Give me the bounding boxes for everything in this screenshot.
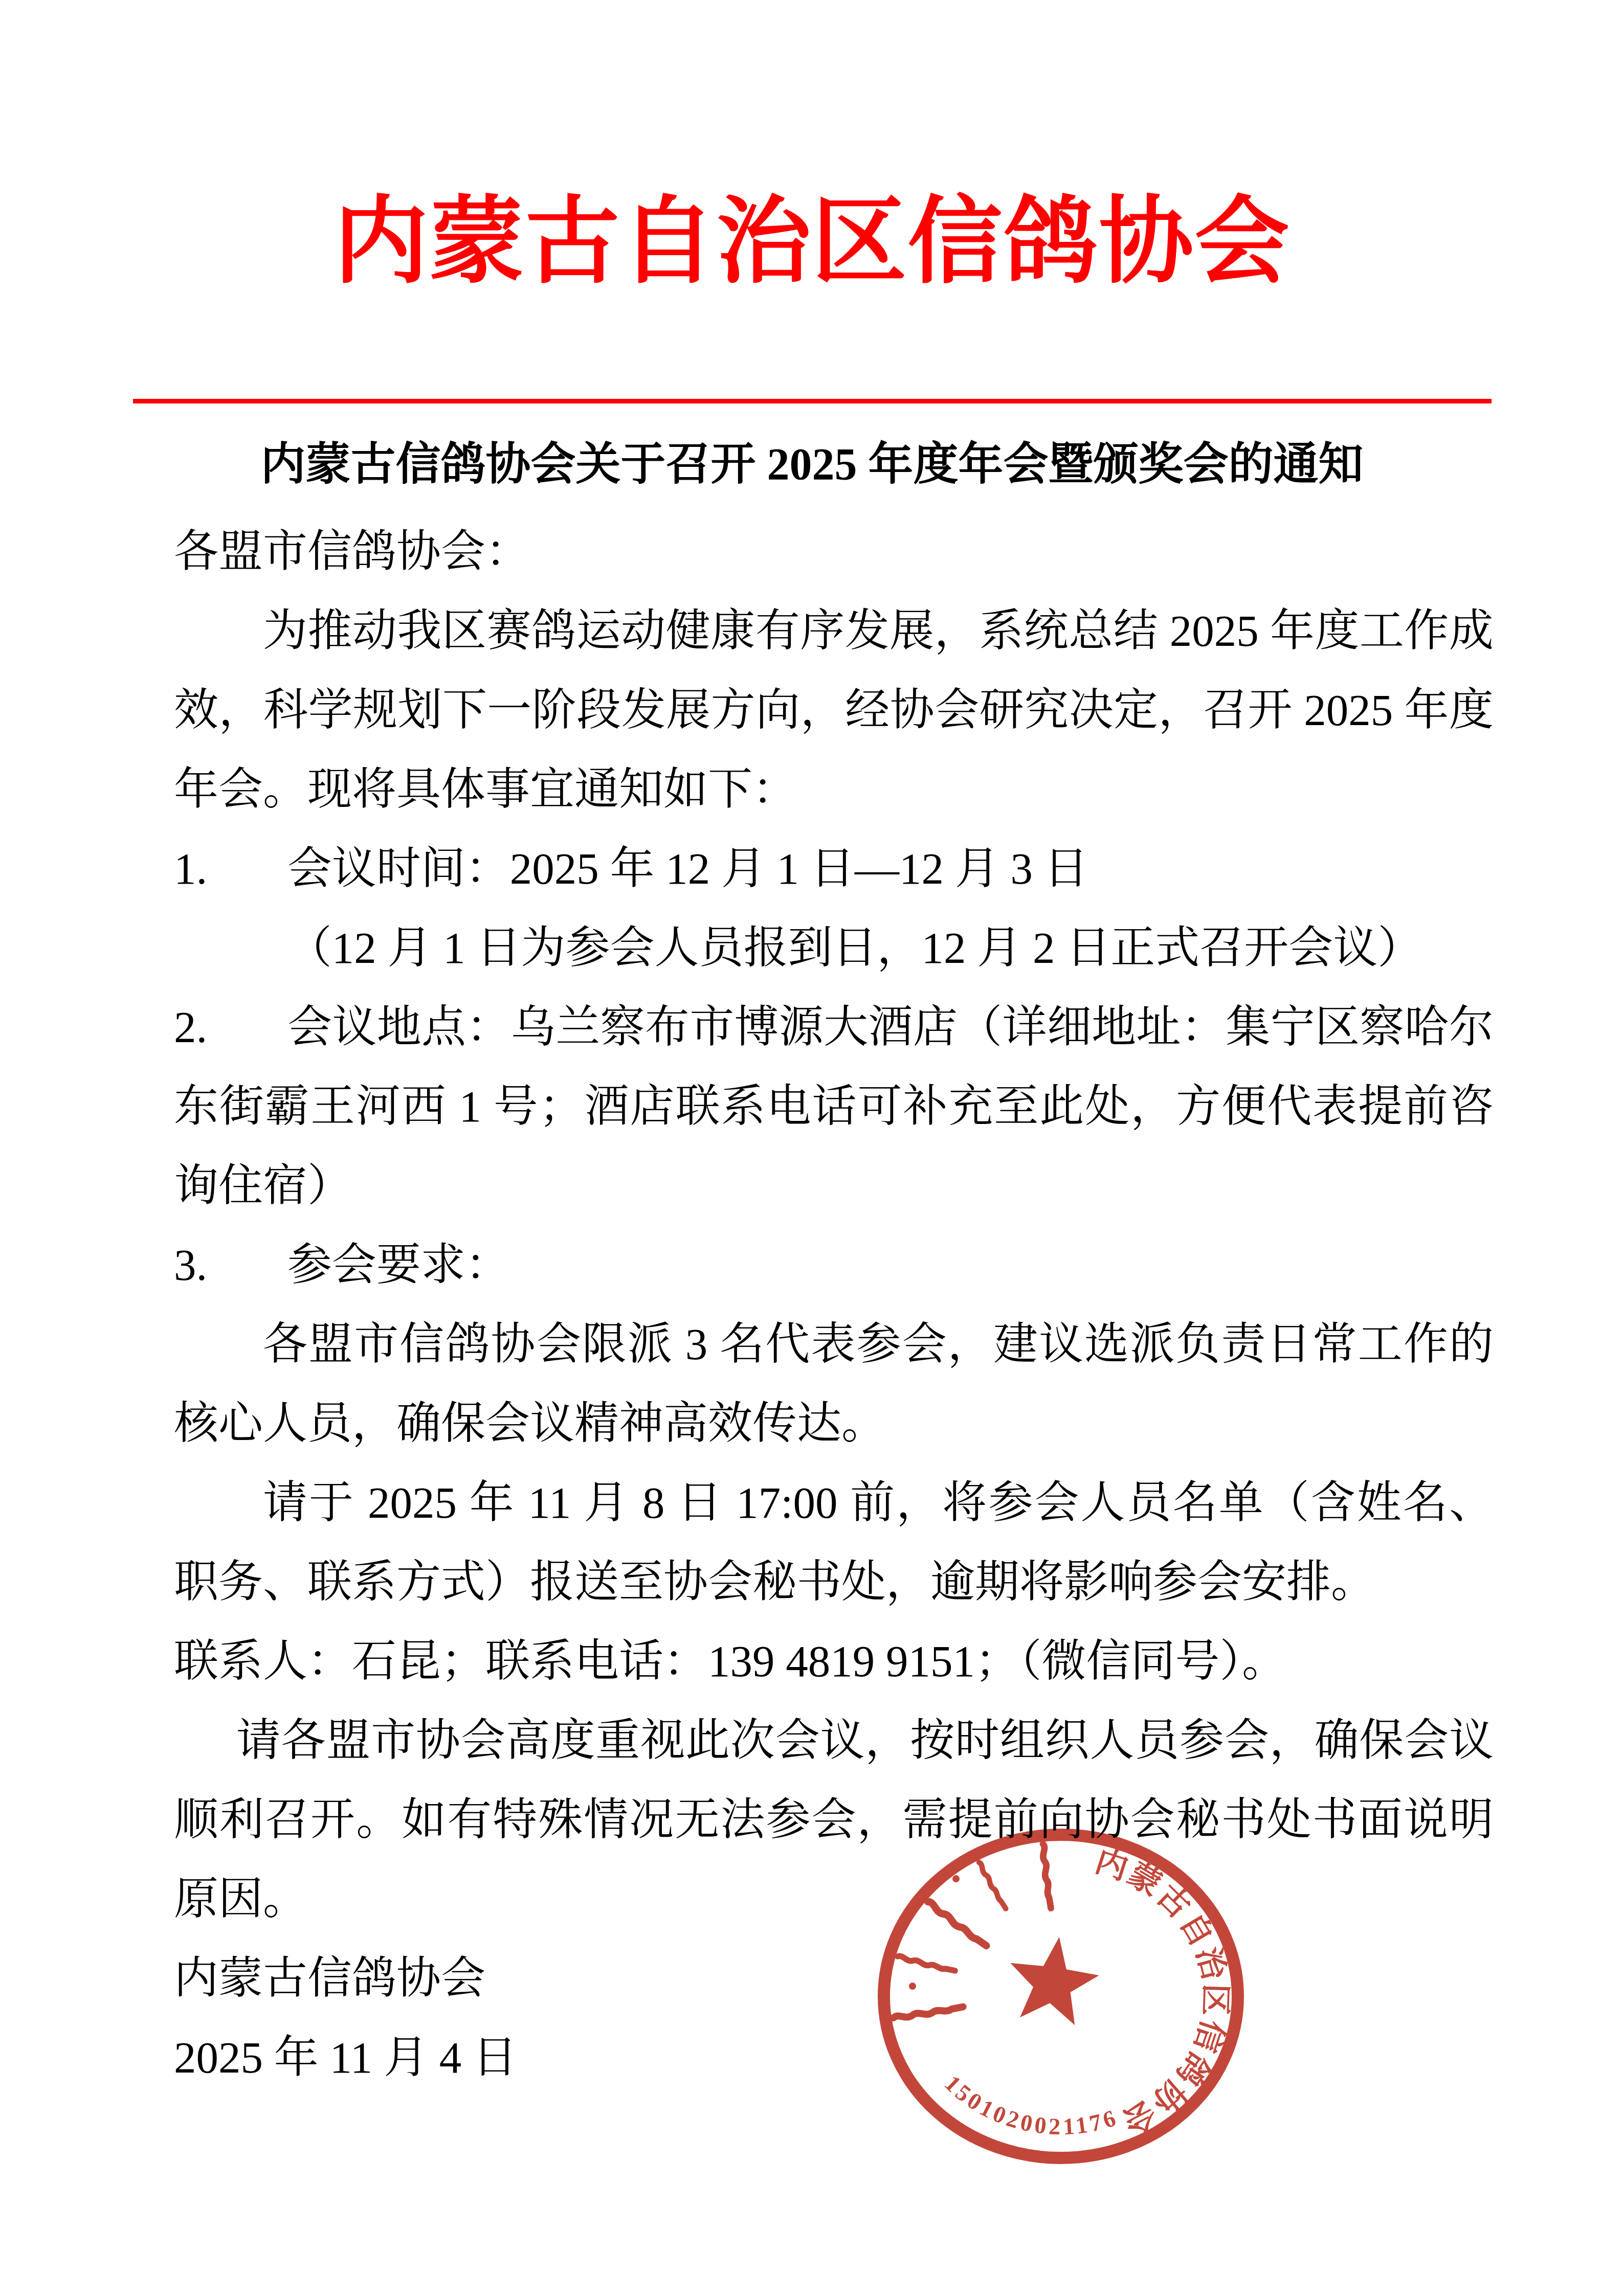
letterhead-rule: [133, 399, 1492, 403]
salutation-text: 各盟市信鸽协会：: [174, 527, 530, 576]
notice-body: 各盟市信鸽协会： 为推动我区赛鸽运动健康有序发展，系统总结 2025 年度工作成…: [174, 512, 1494, 2097]
intro-text: 为推动我区赛鸽运动健康有序发展，系统总结 2025 年度工作成效，科学规划下一阶…: [174, 606, 1494, 814]
item-number: 1.: [174, 829, 276, 908]
signature-date-text: 2025 年 11 月 4 日: [174, 2033, 517, 2082]
contact-paragraph: 联系人：石昆；联系电话：139 4819 9151；（微信同号）。: [174, 1622, 1494, 1701]
item-text: 参会要求：: [287, 1240, 510, 1290]
attendee-rule-text: 各盟市信鸽协会限派 3 名代表参会，建议选派负责日常工作的核心人员，确保会议精神…: [174, 1319, 1494, 1448]
closing-paragraph: 请各盟市协会高度重视此次会议，按时组织人员参会，确保会议顺利召开。如有特殊情况无…: [174, 1701, 1494, 1939]
list-item-note: （12 月 1 日为参会人员报到日，12 月 2 日正式召开会议）: [174, 908, 1494, 987]
contact-text: 联系人：石昆；联系电话：139 4819 9151；（微信同号）。: [174, 1636, 1286, 1686]
list-item: 3. 参会要求：: [174, 1225, 1494, 1304]
salutation-line: 各盟市信鸽协会：: [174, 512, 1494, 591]
closing-text: 请各盟市协会高度重视此次会议，按时组织人员参会，确保会议顺利召开。如有特殊情况无…: [174, 1716, 1494, 1924]
item-text: 会议时间：2025 年 12 月 1 日—12 月 3 日: [287, 844, 1088, 893]
signature-org-text: 内蒙古信鸽协会: [174, 1953, 485, 2003]
item-number: 3.: [174, 1225, 276, 1304]
signature-date-line: 2025 年 11 月 4 日: [174, 2018, 1494, 2097]
attendee-rule-paragraph: 各盟市信鸽协会限派 3 名代表参会，建议选派负责日常工作的核心人员，确保会议精神…: [174, 1304, 1494, 1463]
deadline-paragraph: 请于 2025 年 11 月 8 日 17:00 前，将参会人员名单（含姓名、职…: [174, 1463, 1494, 1622]
list-item: 2. 会议地点：乌兰察布市博源大酒店（详细地址：集宁区察哈尔东街霸王河西 1 号…: [174, 987, 1494, 1225]
letterhead-title: 内蒙古自治区信鸽协会: [0, 0, 1624, 322]
list-item: 1. 会议时间：2025 年 12 月 1 日—12 月 3 日: [174, 829, 1494, 908]
item-text: （12 月 1 日为参会人员报到日，12 月 2 日正式召开会议）: [287, 923, 1422, 973]
signature-org-line: 内蒙古信鸽协会: [174, 1939, 1494, 2018]
item-text: 会议地点：乌兰察布市博源大酒店（详细地址：集宁区察哈尔东街霸王河西 1 号；酒店…: [174, 1002, 1494, 1210]
document-page: { "letterhead": { "org_title": "内蒙古自治区信鸽…: [0, 0, 1624, 2296]
deadline-text: 请于 2025 年 11 月 8 日 17:00 前，将参会人员名单（含姓名、职…: [174, 1478, 1494, 1607]
notice-document: 内蒙古自治区信鸽协会 内蒙古信鸽协会关于召开 2025 年度年会暨颁奖会的通知 …: [0, 0, 1624, 2097]
intro-paragraph: 为推动我区赛鸽运动健康有序发展，系统总结 2025 年度工作成效，科学规划下一阶…: [174, 591, 1494, 829]
item-number: 2.: [174, 987, 276, 1067]
notice-heading: 内蒙古信鸽协会关于召开 2025 年度年会暨颁奖会的通知: [0, 430, 1624, 499]
